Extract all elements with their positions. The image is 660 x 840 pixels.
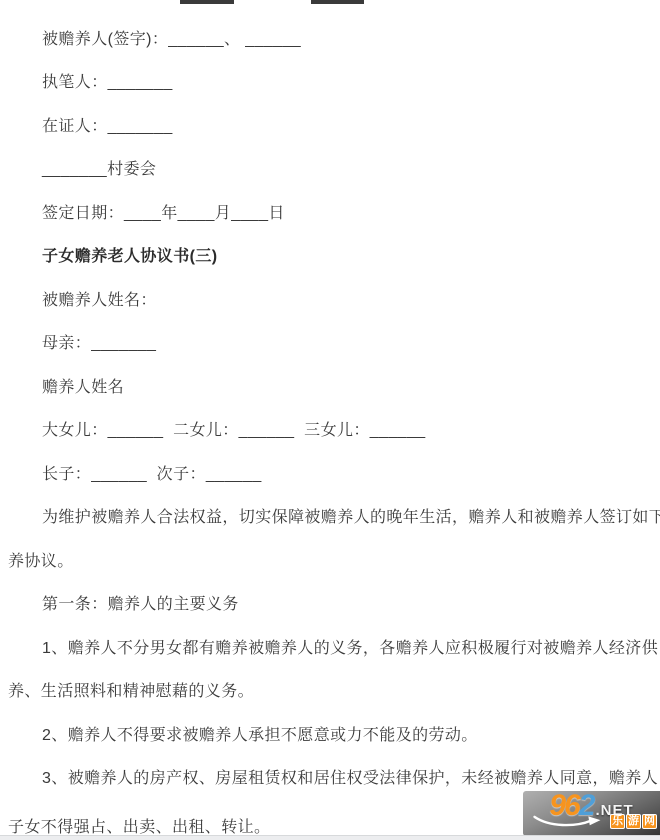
- doc-line-sons: 长子：______ 次子：______: [42, 465, 262, 487]
- logo-site-row: 乐 游 网: [523, 814, 660, 829]
- doc-line-mother: 母亲：_______: [42, 334, 156, 356]
- doc-line-daughters: 大女儿：______ 二女儿：______ 三女儿：______: [42, 421, 426, 443]
- doc-line-supporter-names-heading: 赡养人姓名: [42, 378, 124, 400]
- doc-paragraph-1-3-line1: 3、被赡养人的房产权、房屋租赁权和居住权受法律保护，未经被赡养人同意，赡养人: [42, 769, 658, 791]
- doc-title: 子女赡养老人协议书(三): [42, 247, 217, 269]
- doc-paragraph-1-1-line1: 1、赡养人不分男女都有赡养被赡养人的义务，各赡养人应积极履行对被赡养人经济供: [42, 639, 658, 661]
- swoosh-arrow-icon: [527, 815, 607, 828]
- doc-line-scribe: 执笔人：_______: [42, 73, 173, 95]
- doc-paragraph-1-1-line2: 养、生活照料和精神慰藉的义务。: [8, 682, 254, 704]
- bottom-edge-band: [0, 835, 660, 840]
- doc-paragraph-1-2: 2、赡养人不得要求被赡养人承担不愿意或力不能及的劳动。: [42, 726, 478, 748]
- logo-site-char: 网: [642, 814, 657, 829]
- logo-site-char: 乐: [610, 814, 625, 829]
- doc-heading-article-1: 第一条：赡养人的主要义务: [42, 595, 239, 617]
- document-page: 被赡养人(签字)：______、 ______ 执笔人：_______ 在证人：…: [0, 0, 660, 840]
- logo-site-char: 游: [626, 814, 641, 829]
- doc-line-signature: 被赡养人(签字)：______、 ______: [42, 30, 301, 52]
- 962net-watermark-logo: 96 2 .NET 乐 游 网: [523, 791, 660, 836]
- doc-paragraph-intro-line1: 为维护被赡养人合法权益，切实保障被赡养人的晚年生活，赡养人和被赡养人签订如下: [42, 508, 660, 530]
- cutoff-underscore-remnant: [180, 0, 234, 4]
- doc-line-witness: 在证人：_______: [42, 117, 173, 139]
- doc-line-dependent-name-heading: 被赡养人姓名：: [42, 291, 157, 313]
- cutoff-underscore-remnant: [311, 0, 364, 4]
- doc-line-sign-date: 签定日期：____年____月____日: [42, 204, 285, 226]
- doc-paragraph-intro-line2: 养协议。: [8, 552, 74, 574]
- doc-line-village-committee: _______村委会: [42, 160, 156, 182]
